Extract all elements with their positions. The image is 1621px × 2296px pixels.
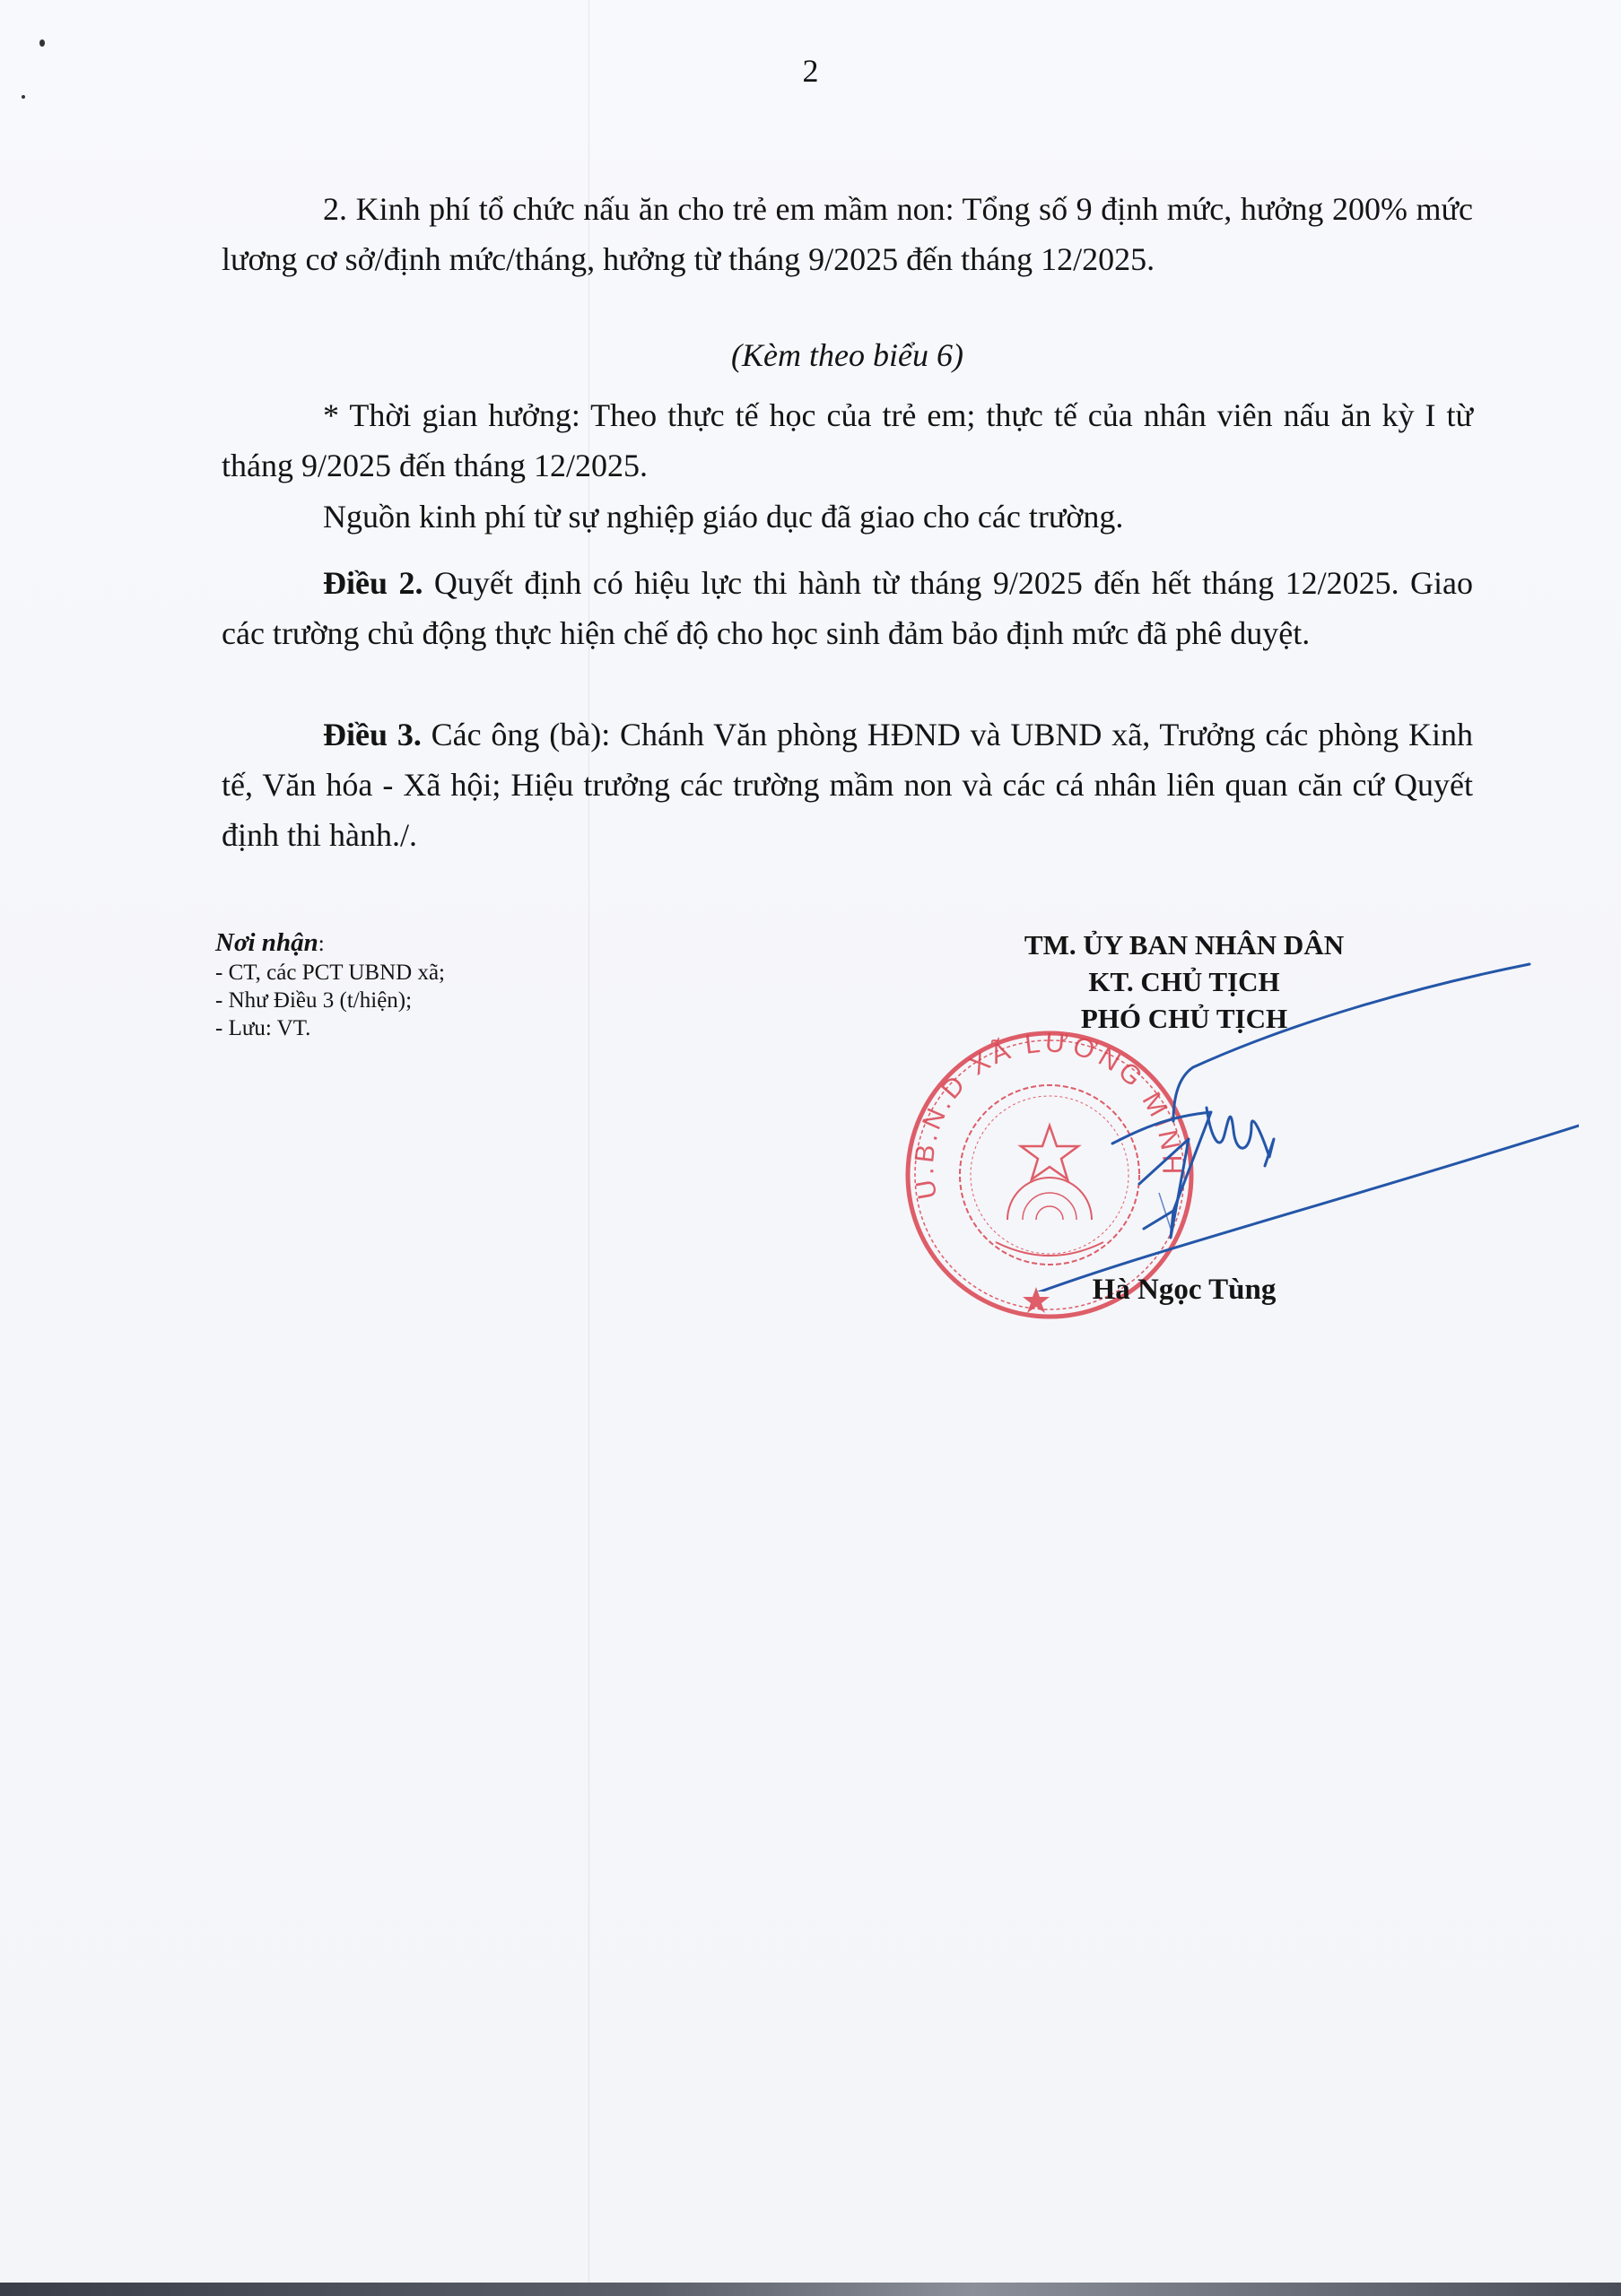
article-3: Điều 3. Các ông (bà): Chánh Văn phòng HĐ… — [222, 709, 1473, 860]
scan-speck — [39, 39, 45, 47]
recipient-item: - Như Điều 3 (t/hiện); — [215, 987, 445, 1014]
paragraph-text: Nguồn kinh phí từ sự nghiệp giáo dục đã … — [323, 499, 1123, 535]
article-label: Điều 2. — [323, 565, 423, 601]
article-2: Điều 2. Quyết định có hiệu lực thi hành … — [222, 558, 1473, 658]
recipient-item: - CT, các PCT UBND xã; — [215, 959, 445, 987]
article-label: Điều 3. — [323, 717, 422, 752]
paragraph-funding-source: Nguồn kinh phí từ sự nghiệp giáo dục đã … — [222, 491, 1473, 542]
attachment-note: (Kèm theo biểu 6) — [222, 330, 1473, 380]
recipient-item: - Lưu: VT. — [215, 1014, 445, 1042]
handwritten-signature-icon — [951, 951, 1579, 1291]
page-number: 2 — [0, 52, 1621, 90]
signer-name: Hà Ngọc Tùng — [933, 1274, 1435, 1307]
paragraph-duration: * Thời gian hưởng: Theo thực tế học của … — [222, 390, 1473, 491]
recipients-heading: Nơi nhận: — [215, 926, 445, 959]
recipients-block: Nơi nhận: - CT, các PCT UBND xã; - Như Đ… — [215, 926, 445, 1042]
document-page: 2 2. Kinh phí tổ chức nấu ăn cho trẻ em … — [0, 0, 1621, 2283]
scan-bottom-edge — [0, 2283, 1621, 2296]
paragraph-cooking-funding: 2. Kinh phí tổ chức nấu ăn cho trẻ em mầ… — [222, 184, 1473, 284]
paragraph-text: * Thời gian hưởng: Theo thực tế học của … — [222, 397, 1473, 483]
scan-speck — [22, 95, 25, 99]
paragraph-text: 2. Kinh phí tổ chức nấu ăn cho trẻ em mầ… — [222, 191, 1473, 277]
